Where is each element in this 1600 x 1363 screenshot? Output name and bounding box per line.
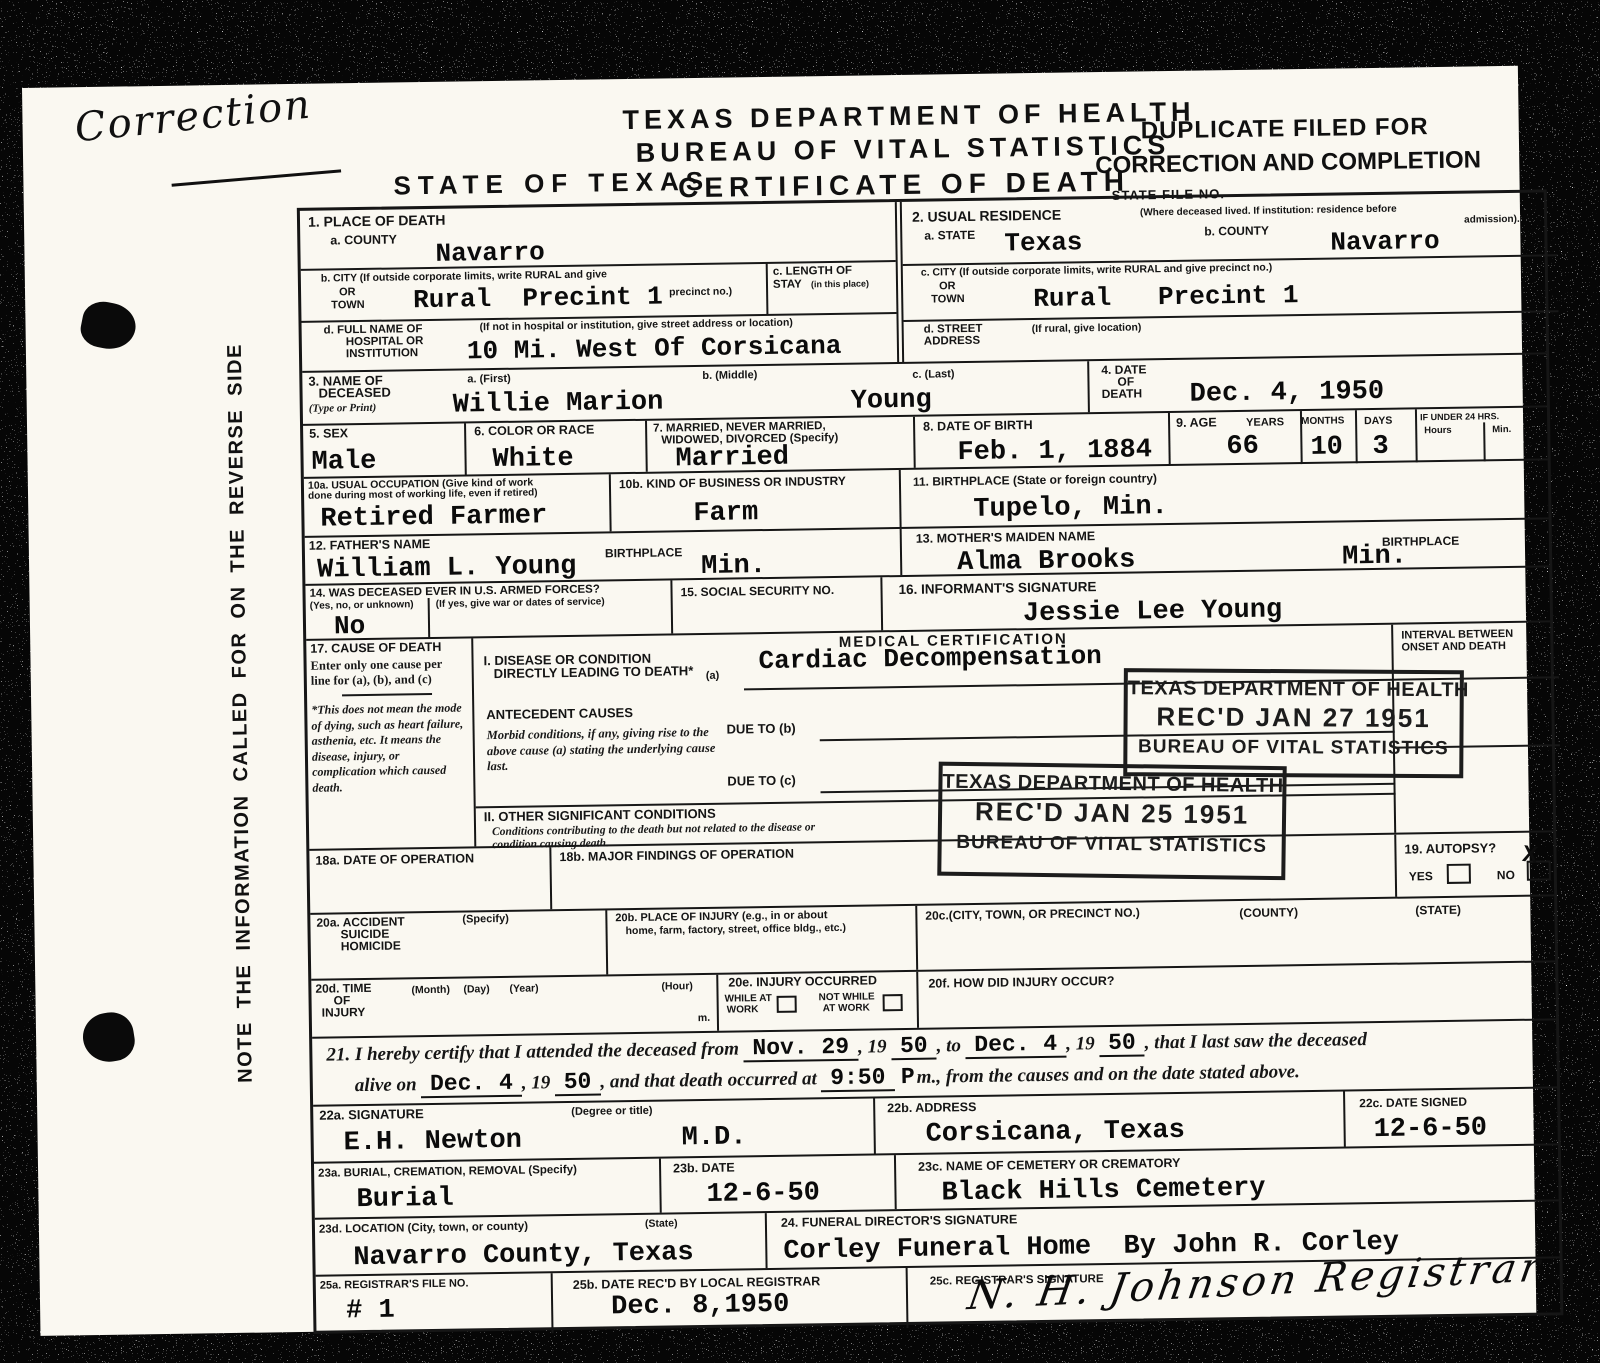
field-23d-location: 23d. LOCATION (City, town, or county) (S… bbox=[315, 1213, 766, 1275]
name-title2: DECEASED bbox=[318, 386, 390, 401]
hole-punch-top bbox=[78, 298, 140, 354]
city-note2: precinct no.) bbox=[669, 286, 732, 298]
cert-text: m., from the causes and on the date stat… bbox=[917, 1061, 1300, 1088]
stamp-line: BUREAU OF VITAL STATISTICS bbox=[942, 829, 1282, 861]
stamp-line: BUREAU OF VITAL STATISTICS bbox=[1127, 734, 1459, 763]
registrar-file-label: 25a. REGISTRAR'S FILE NO. bbox=[320, 1279, 469, 1293]
field-10b-industry: 10b. KIND OF BUSINESS OR INDUSTRY Farm bbox=[609, 470, 900, 531]
burial-label: 23a. BURIAL, CREMATION, REMOVAL (Specify… bbox=[318, 1164, 577, 1180]
informant-value: Jessie Lee Young bbox=[1023, 597, 1283, 628]
injury-city-label: 20c.(CITY, TOWN, OR PRECINCT NO.) bbox=[925, 907, 1140, 923]
sex-label: 5. SEX bbox=[309, 427, 348, 441]
race-value: White bbox=[492, 446, 573, 474]
cause-note2: line for (a), (b), and (c) bbox=[311, 672, 432, 689]
informant-label: 16. INFORMANT'S SIGNATURE bbox=[898, 580, 1096, 597]
armed-forces-value: No bbox=[334, 613, 366, 639]
disease-value: Cardiac Decompensation bbox=[758, 643, 1102, 674]
first-name-label: a. (First) bbox=[467, 374, 511, 386]
city-town-label: TOWN bbox=[331, 300, 365, 312]
microfilm-scan: Correction NOTE THE INFORMATION CALLED F… bbox=[0, 0, 1600, 1363]
divider bbox=[904, 310, 1559, 322]
field-8-date-of-birth: 8. DATE OF BIRTH Feb. 1, 1884 bbox=[913, 413, 1169, 468]
injury-year-label: (Year) bbox=[509, 983, 538, 994]
residence-city-label: c. CITY (If outside corporate limits, wr… bbox=[921, 262, 1273, 278]
cert-text: , to bbox=[936, 1035, 961, 1056]
field-19-autopsy: 19. AUTOPSY? YES NO X bbox=[1394, 832, 1560, 896]
under-24-label: IF UNDER 24 HRS. bbox=[1420, 412, 1499, 423]
findings-label: 18b. MAJOR FINDINGS OF OPERATION bbox=[559, 848, 794, 865]
hospital-value: 10 Mi. West Of Corsicana bbox=[467, 333, 842, 365]
field-22a-signature: 22a. SIGNATURE (Degree or title) E.H. Ne… bbox=[313, 1098, 874, 1161]
cert-text: , 19 bbox=[858, 1036, 887, 1057]
last-name-value: Young bbox=[851, 388, 932, 416]
autopsy-no-label: NO bbox=[1497, 869, 1515, 882]
injury-state-label: (STATE) bbox=[1415, 904, 1461, 917]
received-stamp-jan-25: TEXAS DEPARTMENT OF HEALTH REC'D JAN 25 … bbox=[937, 762, 1286, 881]
field-18a-date-of-operation: 18a. DATE OF OPERATION bbox=[309, 847, 550, 913]
reverse-side-margin-note: NOTE THE INFORMATION CALLED FOR ON THE R… bbox=[224, 343, 258, 1083]
injury-hour-label: (Hour) bbox=[661, 981, 693, 992]
residence-state-label: a. STATE bbox=[924, 229, 975, 242]
ssn-label: 15. SOCIAL SECURITY NO. bbox=[680, 584, 834, 599]
birthplace-label: 11. BIRTHPLACE (State or foreign country… bbox=[913, 472, 1157, 488]
cert-text: alive on bbox=[355, 1074, 417, 1096]
field-1-place-of-death: 1. PLACE OF DEATH a. COUNTY Navarro b. C… bbox=[300, 202, 897, 371]
field-20f-how-injury: 20f. HOW DID INJURY OCCUR? bbox=[916, 962, 1562, 1028]
burial-location-label: 23d. LOCATION (City, town, or county) bbox=[319, 1221, 528, 1236]
age-years-value: 66 bbox=[1226, 434, 1259, 461]
degree-label: (Degree or title) bbox=[571, 1106, 652, 1119]
received-stamp-jan-27: TEXAS DEPARTMENT OF HEALTH REC'D JAN 27 … bbox=[1123, 668, 1464, 778]
county-value: Navarro bbox=[435, 239, 545, 267]
hospital-label3: INSTITUTION bbox=[346, 347, 418, 360]
correction-underline bbox=[172, 169, 342, 186]
field-9-age: 9. AGE YEARS 66 MONTHS 10 DAYS 3 IF UNDE… bbox=[1168, 407, 1554, 464]
accident-label3: HOMICIDE bbox=[341, 939, 401, 952]
physician-signature-value: E.H. Newton bbox=[343, 1128, 522, 1158]
field-7-marital-status: 7. MARRIED, NEVER MARRIED, WIDOWED, DIVO… bbox=[645, 417, 914, 472]
attended-to-value: Dec. 4 bbox=[965, 1033, 1066, 1059]
burial-date-value: 12-6-50 bbox=[706, 1180, 820, 1209]
date-signed-label: 22c. DATE SIGNED bbox=[1359, 1096, 1467, 1110]
industry-label: 10b. KIND OF BUSINESS OR INDUSTRY bbox=[619, 475, 846, 491]
antecedent-label: ANTECEDENT CAUSES bbox=[486, 706, 633, 722]
field-25a-registrar-file-no: 25a. REGISTRAR'S FILE NO. # 1 bbox=[316, 1273, 552, 1336]
field-23b-burial-date: 23b. DATE 12-6-50 bbox=[659, 1155, 895, 1212]
last-name-label: c. (Last) bbox=[912, 369, 954, 381]
row-place-residence: 1. PLACE OF DEATH a. COUNTY Navarro b. C… bbox=[300, 192, 1546, 370]
date-received-value: Dec. 8,1950 bbox=[611, 1292, 790, 1322]
other-conditions-label: II. OTHER SIGNIFICANT CONDITIONS bbox=[484, 807, 716, 824]
residence-state-value: Texas bbox=[1004, 229, 1082, 256]
field-10a-occupation: 10a. USUAL OCCUPATION (Give kind of work… bbox=[304, 474, 610, 536]
cause-label: 17. CAUSE OF DEATH bbox=[310, 641, 441, 656]
physician-address-value: Corsicana, Texas bbox=[925, 1118, 1185, 1149]
residence-title: 2. USUAL RESIDENCE bbox=[912, 208, 1061, 225]
while-at-work-checkbox bbox=[777, 996, 797, 1013]
due-to-b-label: DUE TO (b) bbox=[726, 722, 795, 737]
not-while-label2: AT WORK bbox=[823, 1004, 870, 1015]
field-5-sex: 5. SEX Male bbox=[303, 423, 465, 476]
injury-month-label: (Month) bbox=[411, 985, 450, 997]
field-20d-time-of-injury: 20d. TIME OF INJURY (Month) (Day) (Year)… bbox=[311, 975, 717, 1037]
burial-value: Burial bbox=[356, 1186, 454, 1214]
cert-text: , 19 bbox=[1066, 1033, 1095, 1054]
city-value: Rural Precint 1 bbox=[413, 284, 663, 314]
divider bbox=[1483, 422, 1486, 461]
antecedent-note: Morbid conditions, if any, giving rise t… bbox=[487, 725, 723, 775]
stamp-line: REC'D JAN 25 1951 bbox=[942, 794, 1282, 834]
length-of-stay-note: (in this place) bbox=[811, 279, 869, 289]
injury-time-label3: INJURY bbox=[322, 1006, 366, 1019]
cert-text: , and that death occurred at bbox=[600, 1068, 817, 1092]
field-11-birthplace: 11. BIRTHPLACE (State or foreign country… bbox=[899, 460, 1555, 527]
under-24-min-label: Min. bbox=[1492, 425, 1511, 435]
age-days-label: DAYS bbox=[1364, 416, 1392, 427]
county-label: a. COUNTY bbox=[330, 233, 397, 247]
field-23a-burial: 23a. BURIAL, CREMATION, REMOVAL (Specify… bbox=[314, 1159, 660, 1218]
injury-county-label: (COUNTY) bbox=[1239, 906, 1298, 919]
mother-label: 13. MOTHER'S MAIDEN NAME bbox=[916, 530, 1096, 546]
operation-date-label: 18a. DATE OF OPERATION bbox=[315, 852, 474, 867]
field-2-usual-residence: 2. USUAL RESIDENCE (Where deceased lived… bbox=[895, 192, 1552, 362]
physician-signature-label: 22a. SIGNATURE bbox=[319, 1107, 424, 1122]
middle-name-label: b. (Middle) bbox=[702, 370, 757, 382]
duplicate-note-line2: CORRECTION AND COMPLETION bbox=[1095, 146, 1481, 180]
residence-title-note2: admission). bbox=[1464, 215, 1520, 226]
father-birthplace-label: BIRTHPLACE bbox=[605, 546, 683, 560]
cemetery-label: 23c. NAME OF CEMETERY OR CREMATORY bbox=[918, 1157, 1180, 1174]
divider bbox=[766, 262, 769, 314]
age-days-value: 3 bbox=[1372, 434, 1389, 461]
city-or-label: OR bbox=[339, 287, 356, 299]
cert-text: , 19 bbox=[522, 1072, 551, 1093]
duplicate-note-line1: DUPLICATE FILED FOR bbox=[1141, 113, 1429, 145]
while-at-work-label2: WORK bbox=[727, 1005, 759, 1016]
funeral-director-label: 24. FUNERAL DIRECTOR'S SIGNATURE bbox=[781, 1213, 1018, 1230]
death-time-value: 9:50 bbox=[821, 1066, 895, 1092]
death-time-meridiem: P bbox=[899, 1066, 917, 1089]
under-24-hours-label: Hours bbox=[1424, 426, 1452, 436]
not-while-checkbox bbox=[883, 994, 903, 1011]
handwritten-correction-note: Correction bbox=[73, 81, 314, 151]
due-to-c-label: DUE TO (c) bbox=[727, 774, 796, 789]
field-20e-injury-occurred: 20e. INJURY OCCURRED WHILE AT WORK NOT W… bbox=[716, 972, 917, 1031]
birth-label: 8. DATE OF BIRTH bbox=[923, 419, 1033, 434]
autopsy-yes-checkbox bbox=[1447, 864, 1471, 884]
armed-forces-note2: (If yes, give war or dates of service) bbox=[436, 597, 605, 610]
hospital-note: (If not in hospital or institution, give… bbox=[480, 318, 793, 334]
cert-text: 21. I hereby certify that I attended the… bbox=[326, 1038, 739, 1065]
divider bbox=[1415, 409, 1418, 462]
length-of-stay-label2: STAY bbox=[773, 278, 802, 290]
field-20a-accident: 20a. ACCIDENT SUICIDE HOMICIDE (Specify) bbox=[310, 910, 606, 978]
field-25b-date-received: 25b. DATE REC'D BY LOCAL REGISTRAR Dec. … bbox=[551, 1268, 907, 1333]
place-of-death-title: 1. PLACE OF DEATH bbox=[308, 213, 446, 230]
date-of-death-label3: DEATH bbox=[1102, 387, 1143, 400]
physician-address-label: 22b. ADDRESS bbox=[887, 1101, 976, 1115]
registrar-file-value: # 1 bbox=[346, 1298, 395, 1326]
date-signed-value: 12-6-50 bbox=[1373, 1115, 1487, 1144]
injury-occurred-label: 20e. INJURY OCCURRED bbox=[728, 974, 877, 989]
residence-county-value: Navarro bbox=[1330, 228, 1440, 256]
field-4-date-of-death: 4. DATE OF DEATH Dec. 4, 1950 bbox=[1087, 354, 1553, 412]
attended-to-year: 50 bbox=[1099, 1031, 1145, 1057]
age-years-label: YEARS bbox=[1246, 417, 1284, 429]
disease-label2: DIRECTLY LEADING TO DEATH* bbox=[494, 664, 694, 681]
autopsy-label: 19. AUTOPSY? bbox=[1404, 841, 1496, 856]
burial-location-value: Navarro County, Texas bbox=[353, 1240, 694, 1272]
attended-from-value: Nov. 29 bbox=[743, 1036, 858, 1063]
father-label: 12. FATHER'S NAME bbox=[309, 538, 431, 553]
disease-suffix: (a) bbox=[706, 671, 720, 683]
how-injury-label: 20f. HOW DID INJURY OCCUR? bbox=[928, 975, 1114, 991]
occupation-value: Retired Farmer bbox=[320, 503, 547, 533]
divider bbox=[1355, 410, 1358, 463]
street-address-note: (If rural, give location) bbox=[1032, 322, 1142, 335]
attended-from-year: 50 bbox=[891, 1035, 937, 1061]
industry-value: Farm bbox=[693, 500, 758, 528]
field-20b-place-of-injury: 20b. PLACE OF INJURY (e.g., in or about … bbox=[605, 906, 916, 975]
injury-m-label: m. bbox=[698, 1013, 710, 1024]
birth-value: Feb. 1, 1884 bbox=[957, 437, 1152, 467]
field-23c-cemetery: 23c. NAME OF CEMETERY OR CREMATORY Black… bbox=[894, 1145, 1565, 1209]
length-of-stay-label: c. LENGTH OF bbox=[773, 265, 852, 278]
field-14-armed-forces: 14. WAS DECEASED EVER IN U.S. ARMED FORC… bbox=[305, 580, 671, 638]
divider bbox=[342, 693, 432, 696]
field-20c-injury-location: 20c.(CITY, TOWN, OR PRECINCT NO.) (COUNT… bbox=[915, 896, 1561, 970]
field-6-color-or-race: 6. COLOR OR RACE White bbox=[464, 421, 646, 475]
residence-town-label: TOWN bbox=[931, 294, 965, 306]
cause-note3: *This does not mean the mode of dying, s… bbox=[311, 700, 466, 796]
cemetery-value: Black Hills Cemetery bbox=[941, 1176, 1265, 1208]
race-label: 6. COLOR OR RACE bbox=[474, 424, 594, 439]
field-15-ssn: 15. SOCIAL SECURITY NO. bbox=[670, 577, 881, 633]
sex-value: Male bbox=[311, 449, 376, 477]
age-label: 9. AGE bbox=[1176, 416, 1217, 430]
age-months-value: 10 bbox=[1310, 434, 1343, 461]
burial-location-state-label: (State) bbox=[645, 1218, 678, 1229]
name-title3: (Type or Print) bbox=[309, 402, 377, 415]
residence-county-label: b. COUNTY bbox=[1204, 225, 1269, 239]
last-seen-year: 50 bbox=[555, 1071, 601, 1097]
cert-text: , that I last saw the deceased bbox=[1145, 1029, 1367, 1053]
hole-punch-bottom bbox=[80, 1009, 138, 1065]
field-22b-address: 22b. ADDRESS Corsicana, Texas bbox=[873, 1092, 1344, 1154]
occupation-label2: done during most of working life, even i… bbox=[308, 488, 538, 502]
field-17-cause-of-death: 17. CAUSE OF DEATH Enter only one cause … bbox=[306, 638, 474, 848]
burial-date-label: 23b. DATE bbox=[673, 1162, 735, 1176]
certificate-paper: Correction NOTE THE INFORMATION CALLED F… bbox=[22, 66, 1536, 1336]
autopsy-yes-label: YES bbox=[1409, 870, 1433, 883]
field-25c-registrar-signature: 25c. REGISTRAR'S SIGNATURE N. H. Johnson… bbox=[906, 1258, 1567, 1328]
field-22c-date-signed: 22c. DATE SIGNED 12-6-50 bbox=[1343, 1088, 1564, 1146]
injury-day-label: (Day) bbox=[463, 984, 489, 995]
birthplace-value: Tupelo, Min. bbox=[973, 494, 1168, 524]
street-address-label: d. STREET bbox=[924, 323, 983, 336]
street-address-label2: ADDRESS bbox=[924, 335, 980, 348]
residence-title-note: (Where deceased lived. If institution: r… bbox=[1140, 205, 1397, 219]
first-name-value: Willie Marion bbox=[453, 390, 664, 420]
degree-value: M.D. bbox=[681, 1124, 746, 1152]
divider bbox=[428, 598, 431, 639]
age-months-label: MONTHS bbox=[1301, 416, 1344, 427]
stamp-line: REC'D JAN 27 1951 bbox=[1127, 700, 1459, 736]
date-of-death-value: Dec. 4, 1950 bbox=[1189, 379, 1384, 409]
injury-place-label2: home, farm, factory, street, office bldg… bbox=[626, 923, 846, 937]
stamp-line: TEXAS DEPARTMENT OF HEALTH bbox=[1128, 677, 1460, 702]
residence-or-label: OR bbox=[939, 281, 956, 293]
interval-label2: ONSET AND DEATH bbox=[1401, 641, 1506, 654]
residence-city-value: Rural Precint 1 bbox=[1033, 282, 1299, 312]
accident-specify-note: (Specify) bbox=[462, 914, 509, 926]
last-seen-value: Dec. 4 bbox=[421, 1072, 522, 1098]
